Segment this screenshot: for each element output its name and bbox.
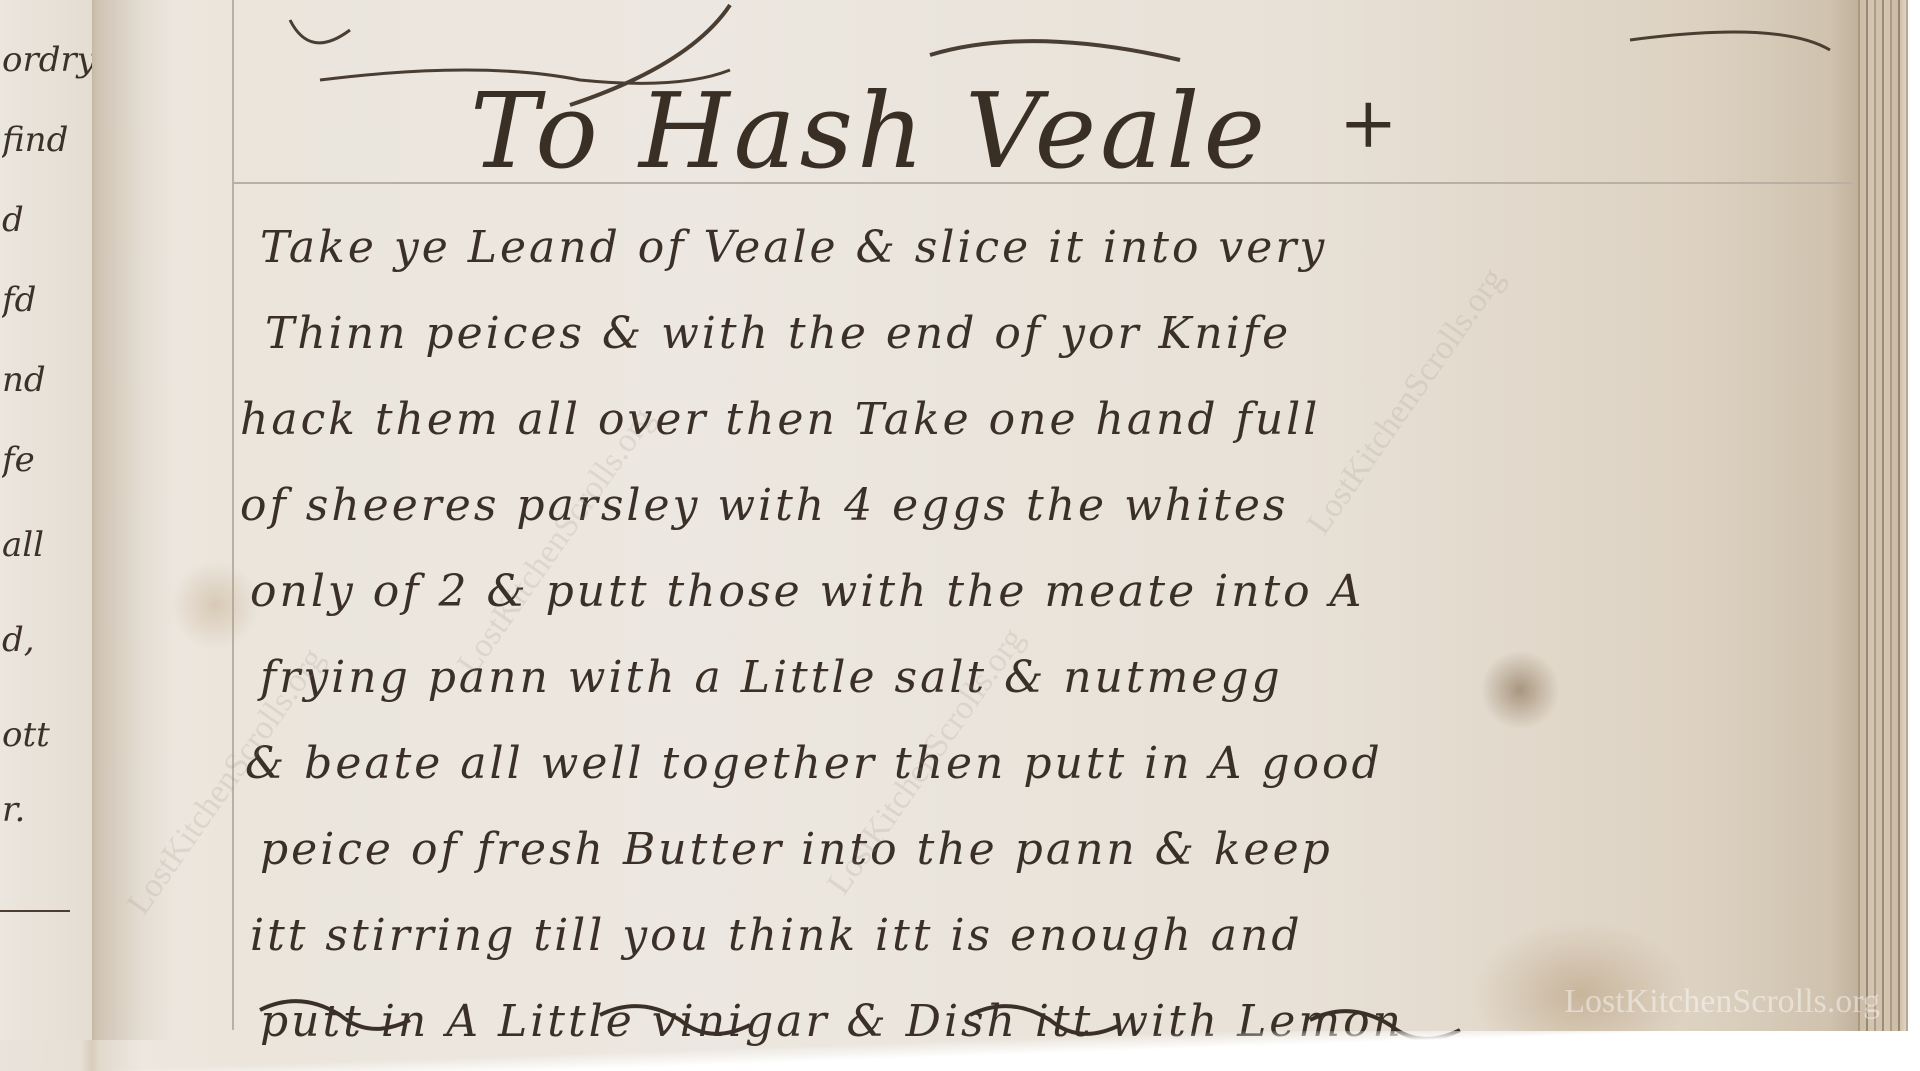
recipe-line: of sheeres parsley with 4 eggs the white… (240, 463, 1840, 549)
left-page-edge: ordry find d fd nd fe all d, ott r. (0, 0, 93, 1040)
paper-stain (170, 560, 260, 650)
recipe-line: Take ye Leand of Veale & slice it into v… (240, 205, 1840, 291)
recipe-line: & beate all well together then putt in A… (240, 721, 1840, 807)
recipe-title: To Hash Veale+ (470, 70, 1770, 192)
recipe-line: frying pann with a Little salt & nutmegg (240, 635, 1840, 721)
left-page-fragment: r. (2, 790, 92, 830)
left-page-fragment: find (2, 120, 92, 160)
left-page-underline (0, 910, 70, 912)
left-page-fragment: all (2, 525, 92, 565)
title-cross-mark: + (1339, 82, 1402, 164)
left-page-fragment: ott (2, 715, 92, 755)
gutter-shadow (92, 0, 232, 1040)
margin-rule (232, 0, 234, 1030)
left-page-fragment: nd (2, 360, 92, 400)
recipe-line: hack them all over then Take one hand fu… (240, 377, 1840, 463)
left-page-fragment: fd (2, 280, 92, 320)
left-page-fragment: d, (2, 620, 92, 660)
left-page-fragment: fe (2, 440, 92, 480)
left-page-fragment: ordry (2, 40, 92, 80)
manuscript-photo: ordry find d fd nd fe all d, ott r. To H… (0, 0, 1920, 1071)
left-page-fragment: d (2, 200, 92, 240)
page-bottom-edge (0, 1031, 1920, 1071)
recipe-line: peice of fresh Butter into the pann & ke… (240, 807, 1840, 893)
recipe-title-text: To Hash Veale (470, 70, 1269, 192)
ink-stain (1480, 650, 1560, 730)
recipe-line: Thinn peices & with the end of yor Knife (240, 291, 1840, 377)
book-binding-edge (1858, 0, 1908, 1040)
recipe-line: only of 2 & putt those with the meate in… (240, 549, 1840, 635)
